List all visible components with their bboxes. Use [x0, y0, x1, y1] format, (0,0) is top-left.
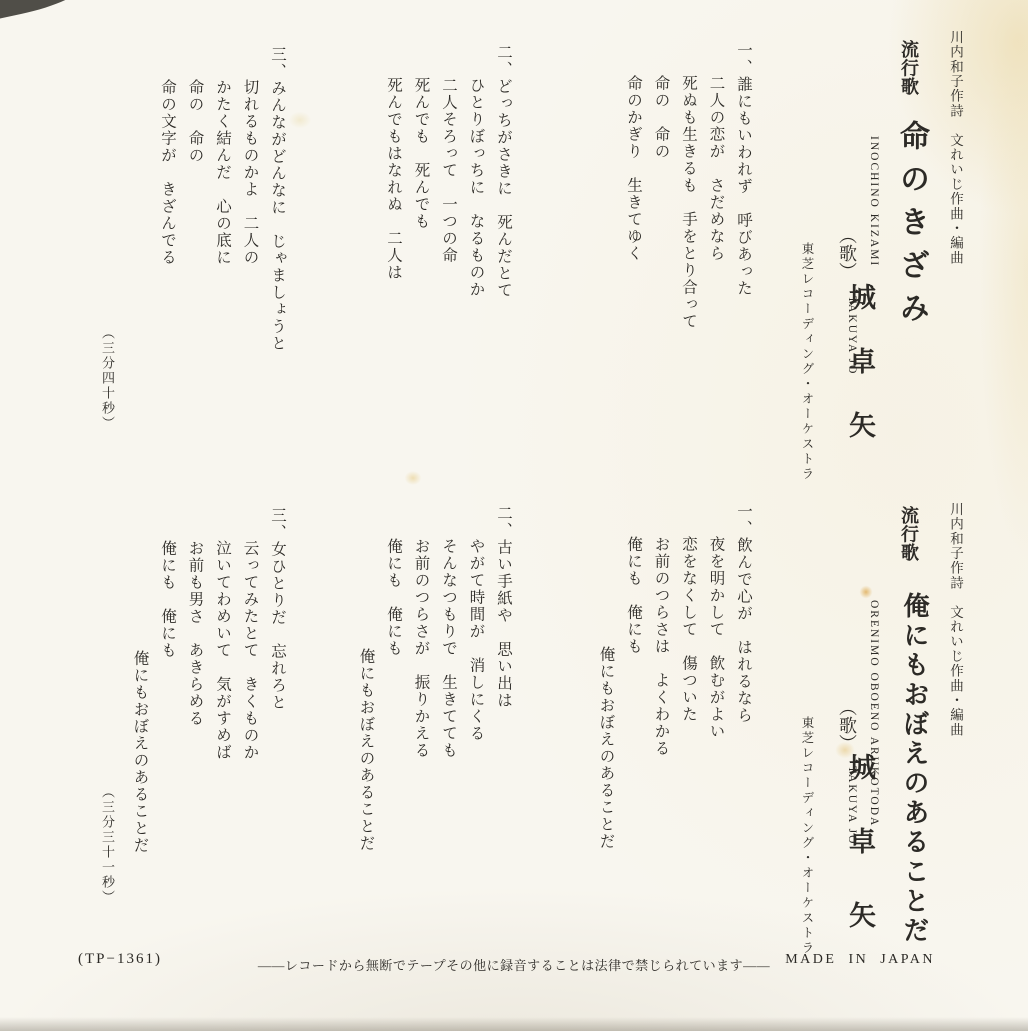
song1-vocal-label: （歌）	[834, 226, 860, 280]
lyric-line: 命の文字が きざんでる	[154, 46, 182, 352]
lyric-line: 云ってみたとて きくものか	[236, 507, 264, 854]
lyric-line: 二人の恋が さだめなら	[702, 42, 730, 330]
lyric-line: お前のつらさは よくわかる	[647, 503, 675, 850]
record-sleeve-back: 川内和子作詩 文れいじ作曲・編曲 流行歌 命のきざみ INOCHINO KIZA…	[0, 0, 1028, 1031]
lyric-line: 一、飲んで心が はれるなら	[730, 503, 758, 850]
lyric-line: 死んでも 死んでも	[407, 44, 435, 299]
lyric-line: 俺にも 俺にも	[154, 507, 182, 854]
song1-credits: 川内和子作詩 文れいじ作曲・編曲	[945, 30, 965, 265]
lyric-line: お前も男さ あきらめる	[181, 507, 209, 854]
song2-title: 俺にもおぼえのあることだ	[896, 592, 933, 946]
song2-verse-3: 三、女ひとりだ 忘れろと 云ってみたとて きくものか 泣いてわめいて 気がすめば…	[126, 507, 291, 854]
lyric-line: 三、みんながどんなに じゃましょうと	[264, 46, 292, 352]
lyric-line: 二、どっちがさきに 死んだとて	[490, 44, 518, 299]
song2-credits: 川内和子作詩 文れいじ作曲・編曲	[945, 502, 965, 737]
lyric-line: 俺にも 俺にも	[380, 505, 408, 852]
lyric-line: ひとりぼっちに なるものか	[462, 44, 490, 299]
lyric-line: 俺にもおぼえのあることだ	[126, 507, 154, 854]
lyric-line: 俺にもおぼえのあることだ	[592, 503, 620, 850]
lyric-line: やがて時間が 消しにくる	[462, 505, 490, 852]
song2-verse-2: 二、古い手紙や 思い出は やがて時間が 消しにくる そんなつもりで 生きてても …	[352, 505, 517, 852]
song2-verse-1: 一、飲んで心が はれるなら 夜を明かして 飲むがよい 恋をなくして 傷ついた お…	[592, 503, 757, 850]
lyric-line: 泣いてわめいて 気がすめば	[209, 507, 237, 854]
song2-genre-label: 流行歌	[896, 506, 922, 562]
lyric-line: 三、女ひとりだ 忘れろと	[264, 507, 292, 854]
lyric-line: そんなつもりで 生きてても	[435, 505, 463, 852]
lyric-line: 二、古い手紙や 思い出は	[490, 505, 518, 852]
lyric-line: 俺にもおぼえのあることだ	[352, 505, 380, 852]
catalog-number: (TP−1361)	[78, 951, 162, 968]
copyright-notice: ――レコードから無断でテープその他に録音することは法律で禁じられています――	[258, 955, 770, 974]
song2-vocal-label: （歌）	[834, 698, 860, 752]
song2-artist-romaji: TAKUYA JO	[846, 766, 858, 845]
song1-verse-3: 三、みんながどんなに じゃましょうと 切れるものかよ 二人の かたく結んだ 心の…	[154, 46, 292, 352]
lyric-line: 切れるものかよ 二人の	[236, 46, 264, 352]
song1-title-romaji: INOCHINO KIZAMI	[868, 136, 880, 267]
song1-verse-1: 一、誰にもいわれず 呼びあった 二人の恋が さだめなら 死ぬも生きるも 手をとり…	[620, 42, 758, 330]
song1-orchestra: 東芝レコーディング・オーケストラ	[798, 242, 816, 482]
lyric-line: 命のかぎり 生きてゆく	[620, 42, 648, 330]
lyric-line: 二人そろって 一つの命	[435, 44, 463, 299]
lyric-line: 命の 命の	[647, 42, 675, 330]
lyric-line: かたく結んだ 心の底に	[209, 46, 237, 352]
lyric-line: 命の 命の	[181, 46, 209, 352]
song1-genre-label: 流行歌	[896, 40, 922, 96]
made-in-japan: MADE IN JAPAN	[785, 952, 935, 968]
scan-corner-shadow	[0, 0, 86, 23]
lyric-line: 恋をなくして 傷ついた	[675, 503, 703, 850]
song1-title: 命のきざみ	[889, 120, 933, 335]
lyric-line: 死ぬも生きるも 手をとり合って	[675, 42, 703, 330]
song2-orchestra: 東芝レコーディング・オーケストラ	[798, 716, 816, 956]
lyric-line: 夜を明かして 飲むがよい	[702, 503, 730, 850]
lyric-line: 俺にも 俺にも	[620, 503, 648, 850]
song1-duration: （三分四十秒）	[98, 326, 117, 431]
lyric-line: お前のつらさが 振りかえる	[407, 505, 435, 852]
scan-edge-shadow	[0, 1017, 1028, 1031]
song1-artist-romaji: TAKUYA JO	[846, 296, 858, 375]
song2-duration: （三分三十一秒）	[98, 785, 117, 905]
lyric-line: 死んでもはなれぬ 二人は	[380, 44, 408, 299]
song1-verse-2: 二、どっちがさきに 死んだとて ひとりぼっちに なるものか 二人そろって 一つの…	[380, 44, 518, 299]
lyric-line: 一、誰にもいわれず 呼びあった	[730, 42, 758, 330]
